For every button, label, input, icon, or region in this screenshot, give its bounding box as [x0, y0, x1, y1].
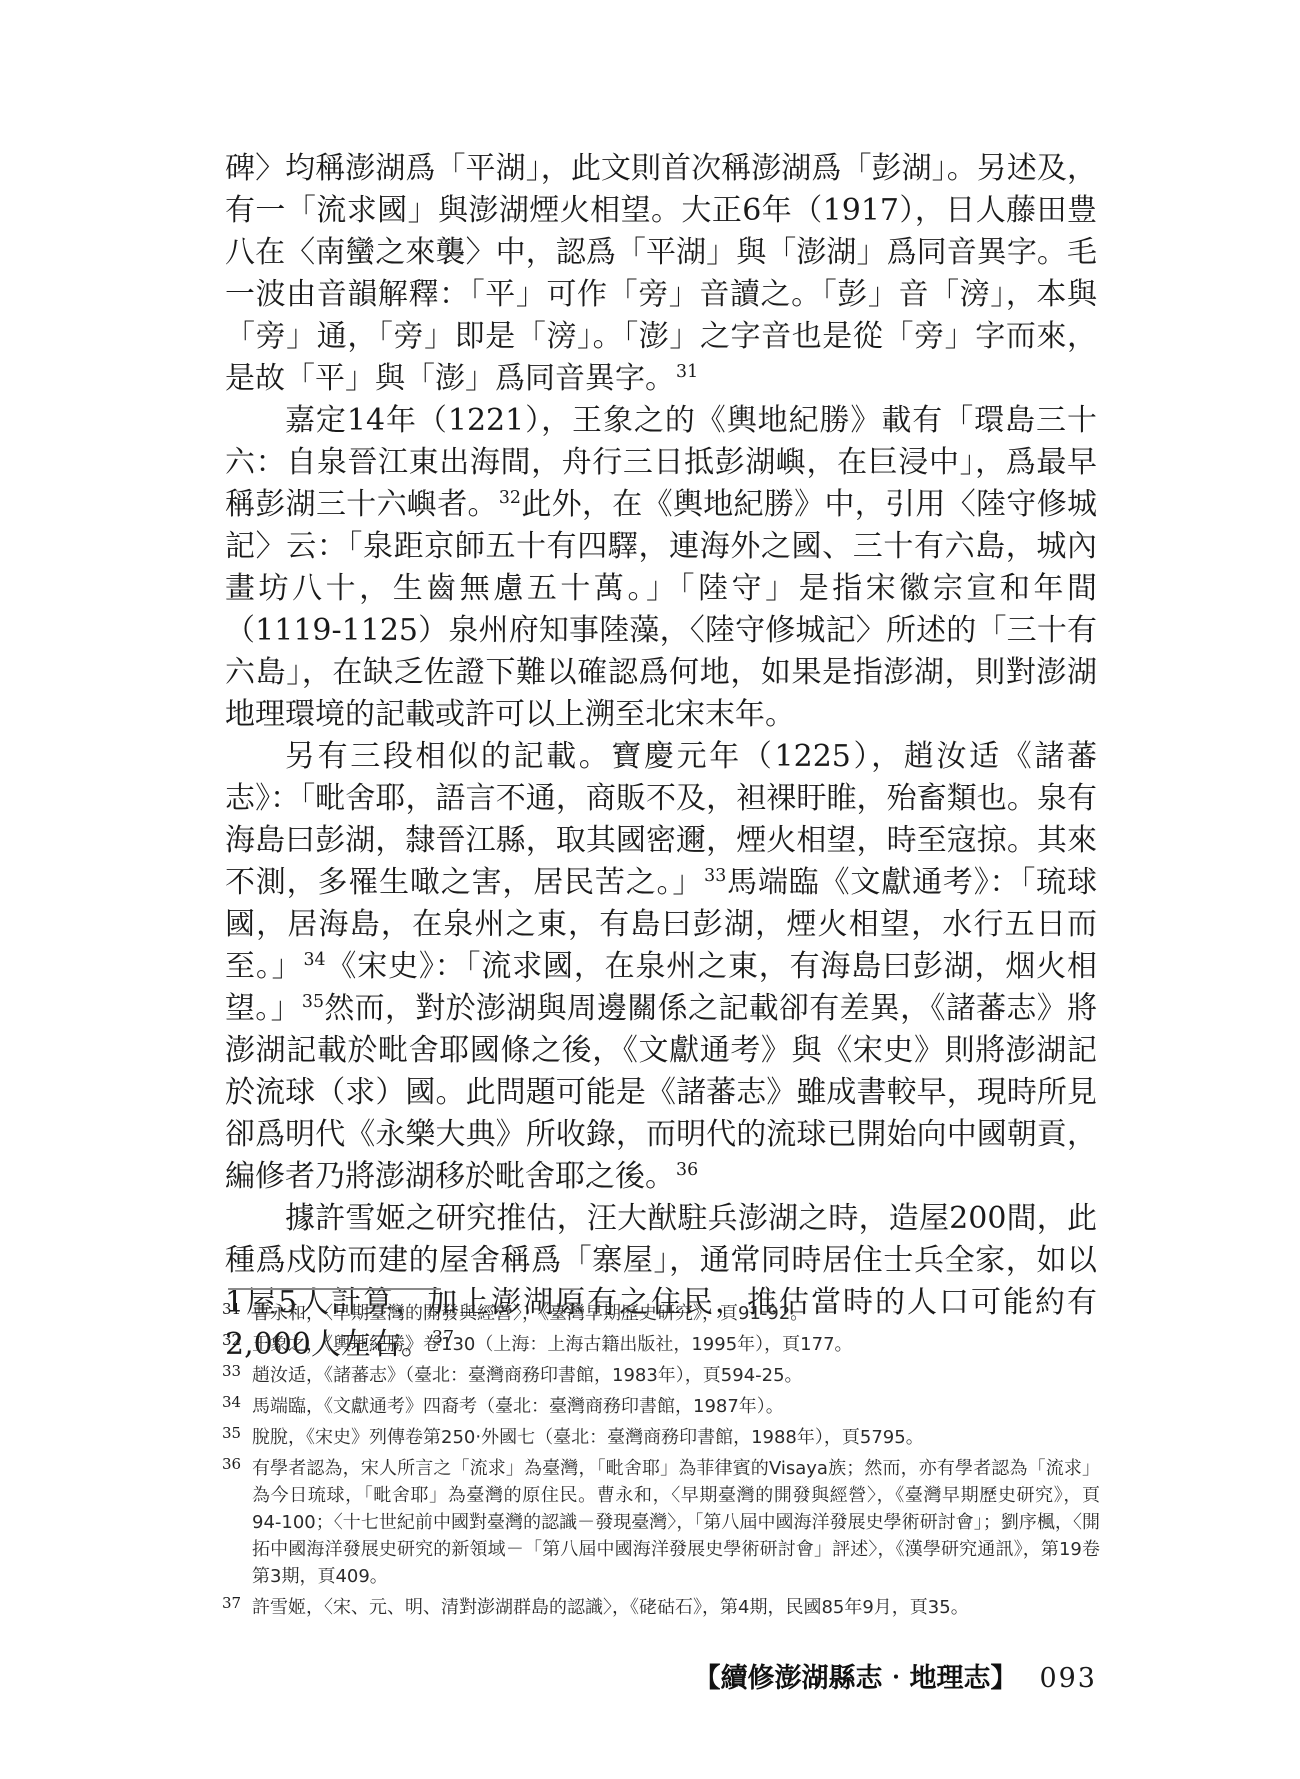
footnote-ref: 31: [675, 362, 698, 382]
footnote-text: 王象之，《輿地紀勝》卷130（上海：上海古籍出版社，1995年），頁177。: [252, 1331, 1100, 1358]
footnote-text: 脫脫，《宋史》列傳卷第250‧外國七（臺北：臺灣商務印書館，1988年），頁57…: [252, 1424, 1100, 1451]
footnote-ref: 34: [302, 950, 325, 970]
footnote-number: 34: [222, 1389, 252, 1416]
footnote-item: 37許雪姬，〈宋、元、明、清對澎湖群島的認識〉，《硓𥑮石》，第4期，民國85年9…: [222, 1594, 1100, 1621]
body-text: 碑〉均稱澎湖爲「平湖」，此文則首次稱澎湖爲「彭湖」。另述及，有一「流求國」與澎湖…: [225, 148, 1097, 1366]
footnote-item: 36有學者認為，宋人所言之「流求」為臺灣，「毗舍耶」為菲律賓的Visaya族；然…: [222, 1455, 1100, 1590]
footnote-text: 趙汝适，《諸蕃志》（臺北：臺灣商務印書館，1983年），頁594-25。: [252, 1362, 1100, 1389]
footnote-number: 33: [222, 1358, 252, 1385]
footnote-ref: 36: [675, 1160, 698, 1180]
footnote-text: 馬端臨，《文獻通考》四裔考（臺北：臺灣商務印書館，1987年）。: [252, 1393, 1100, 1420]
footnote-ref: 32: [498, 488, 521, 508]
footnote-text: 曹永和，〈早期臺灣的開發與經營〉，《臺灣早期歷史研究》，頁91-92。: [252, 1300, 1100, 1327]
paragraph: 嘉定14年（1221），王象之的《輿地紀勝》載有「環島三十六：自泉晉江東出海間，…: [225, 400, 1097, 736]
footnote-separator: [228, 1288, 441, 1290]
paragraph: 另有三段相似的記載。寶慶元年（1225），趙汝适《諸蕃志》：「毗舍耶，語言不通，…: [225, 736, 1097, 1198]
footnote-item: 35脫脫，《宋史》列傳卷第250‧外國七（臺北：臺灣商務印書館，1988年），頁…: [222, 1424, 1100, 1451]
footnote-item: 34馬端臨，《文獻通考》四裔考（臺北：臺灣商務印書館，1987年）。: [222, 1393, 1100, 1420]
footnote-text: 有學者認為，宋人所言之「流求」為臺灣，「毗舍耶」為菲律賓的Visaya族；然而，…: [252, 1455, 1100, 1590]
footnote-text: 許雪姬，〈宋、元、明、清對澎湖群島的認識〉，《硓𥑮石》，第4期，民國85年9月，…: [252, 1594, 1100, 1621]
page-number: 093: [1039, 1663, 1097, 1694]
book-title: 【續修澎湖縣志‧地理志】: [693, 1656, 1017, 1695]
footnote-number: 35: [222, 1420, 252, 1447]
footnotes-section: 31曹永和，〈早期臺灣的開發與經營〉，《臺灣早期歷史研究》，頁91-92。32王…: [222, 1300, 1100, 1625]
footnote-ref: 35: [301, 992, 324, 1012]
footnote-number: 36: [222, 1451, 252, 1586]
footnote-item: 32王象之，《輿地紀勝》卷130（上海：上海古籍出版社，1995年），頁177。: [222, 1331, 1100, 1358]
footnote-ref: 33: [703, 866, 726, 886]
footnote-item: 31曹永和，〈早期臺灣的開發與經營〉，《臺灣早期歷史研究》，頁91-92。: [222, 1300, 1100, 1327]
footnote-number: 32: [222, 1327, 252, 1354]
footnote-number: 37: [222, 1590, 252, 1617]
page-footer: 【續修澎湖縣志‧地理志】 093: [693, 1656, 1097, 1695]
paragraph: 碑〉均稱澎湖爲「平湖」，此文則首次稱澎湖爲「彭湖」。另述及，有一「流求國」與澎湖…: [225, 148, 1097, 400]
footnote-number: 31: [222, 1296, 252, 1323]
footnote-item: 33趙汝适，《諸蕃志》（臺北：臺灣商務印書館，1983年），頁594-25。: [222, 1362, 1100, 1389]
document-page: 碑〉均稱澎湖爲「平湖」，此文則首次稱澎湖爲「彭湖」。另述及，有一「流求國」與澎湖…: [0, 0, 1300, 1779]
